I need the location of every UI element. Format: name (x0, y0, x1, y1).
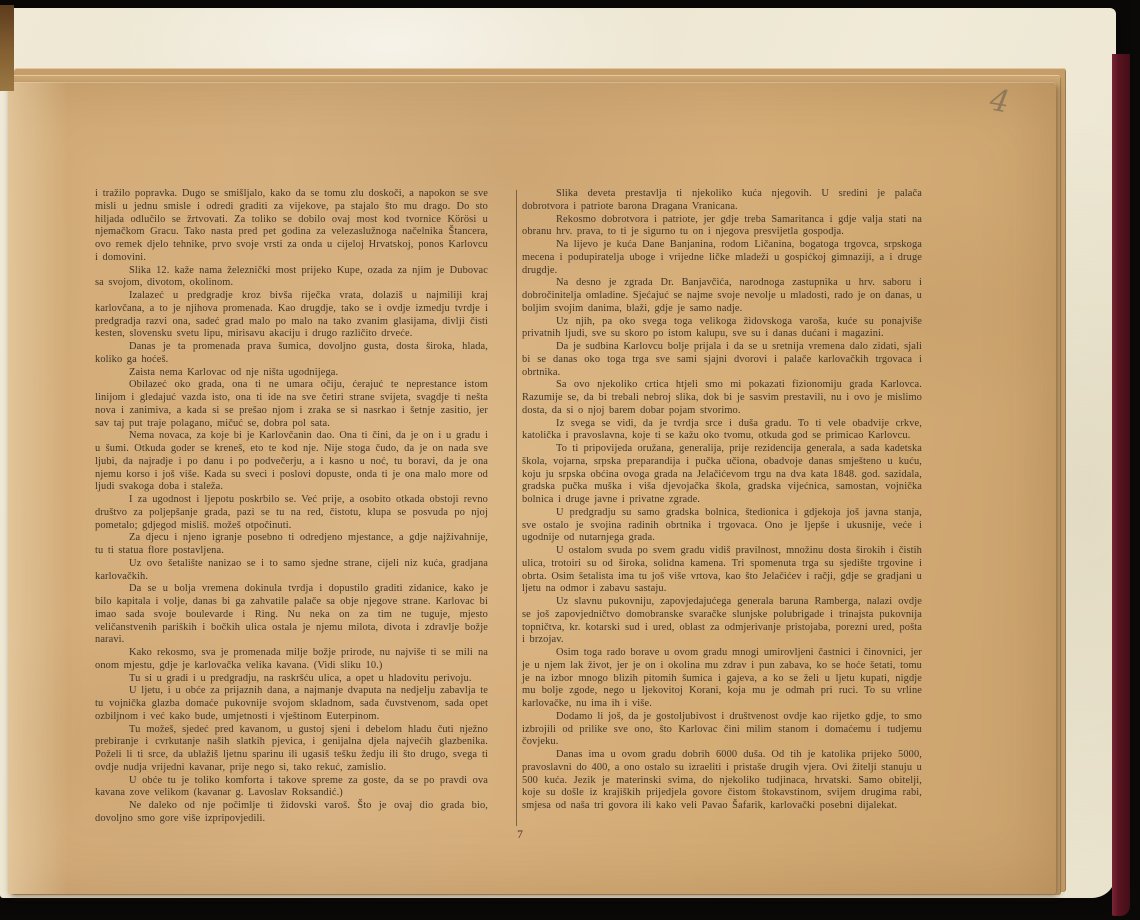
book-cover-edge (1112, 54, 1130, 916)
paragraph: Da je sudbina Karlovcu bolje prijala i d… (522, 341, 922, 379)
page-number: 7 (503, 829, 537, 841)
paragraph: Izalazeć u predgradje kroz bivša riječka… (95, 290, 488, 341)
paragraph: Tu možeš, sjedeć pred kavanom, u gustoj … (95, 724, 488, 775)
paragraph: U ostalom svuda po svem gradu vidiš prav… (522, 545, 922, 596)
paragraph: U predgradju su samo gradska bolnica, št… (522, 507, 922, 545)
paragraph: Uz njih, pa oko svega toga velikoga žido… (522, 316, 922, 342)
paragraph: Na lijevo je kuća Dane Banjanina, rodom … (522, 239, 922, 277)
paragraph: Slika deveta prestavlja ti njekoliko kuć… (522, 188, 922, 214)
paragraph: Danas ima u ovom gradu dobrih 6000 duša.… (522, 749, 922, 813)
paragraph: Osim toga rado borave u ovom gradu mnogi… (522, 647, 922, 711)
paragraph: Slika 12. kaže nama železnički most prij… (95, 265, 488, 291)
paragraph: Za djecu i njeno igranje posebno ti odre… (95, 532, 488, 558)
paragraph: Uz ovo šetalište nanizao se i to samo sj… (95, 558, 488, 584)
paragraph: Tu si u gradi i u predgradju, na raskršć… (95, 673, 488, 686)
paragraph: Kako rekosmo, sva je promenada milje bož… (95, 647, 488, 673)
book-spine-edge (0, 5, 14, 91)
paragraph: Da se u bolja vremena dokinula tvrdja i … (95, 583, 488, 647)
paragraph: U obće tu je toliko komforta i takove sp… (95, 775, 488, 801)
paragraph: Dodamo li još, da je gostoljubivost i dr… (522, 711, 922, 749)
paragraph: Uz slavnu pukovniju, zapovjedajućega gen… (522, 596, 922, 647)
left-text-column: i tražilo popravka. Dugo se smišljalo, k… (95, 188, 488, 826)
paragraph: Zaista nema Karlovac od nje ništa ugodni… (95, 367, 488, 380)
paragraph: U ljetu, i u obće za prijaznih dana, a n… (95, 685, 488, 723)
right-text-column: Slika deveta prestavlja ti njekoliko kuć… (522, 188, 922, 813)
paragraph: Na desno je zgrada Dr. Banjavčića, narod… (522, 277, 922, 315)
paragraph: i tražilo popravka. Dugo se smišljalo, k… (95, 188, 488, 265)
paragraph: Sa ovo njekoliko crtica htjeli smo mi po… (522, 379, 922, 417)
paragraph: Nema novaca, za koje bi je Karlovčanin d… (95, 430, 488, 494)
paragraph: Ne daleko od nje počimlje ti židovski va… (95, 800, 488, 826)
paragraph: Obilazeć oko grada, ona ti ne umara očij… (95, 379, 488, 430)
paragraph: Rekosmo dobrotvora i patriote, jer gdje … (522, 214, 922, 240)
photo-background: 4 i tražilo popravka. Dugo se smišljalo,… (0, 0, 1140, 920)
paragraph: Iz svega se vidi, da je tvrdja srce i du… (522, 418, 922, 444)
paragraph: Danas je ta promenada prava šumica, dovo… (95, 341, 488, 367)
paragraph: I za ugodnost i ljepotu poskrbilo se. Ve… (95, 494, 488, 532)
paragraph: To ti pripovijeda oružana, generalija, p… (522, 443, 922, 507)
column-divider-rule (516, 190, 517, 826)
